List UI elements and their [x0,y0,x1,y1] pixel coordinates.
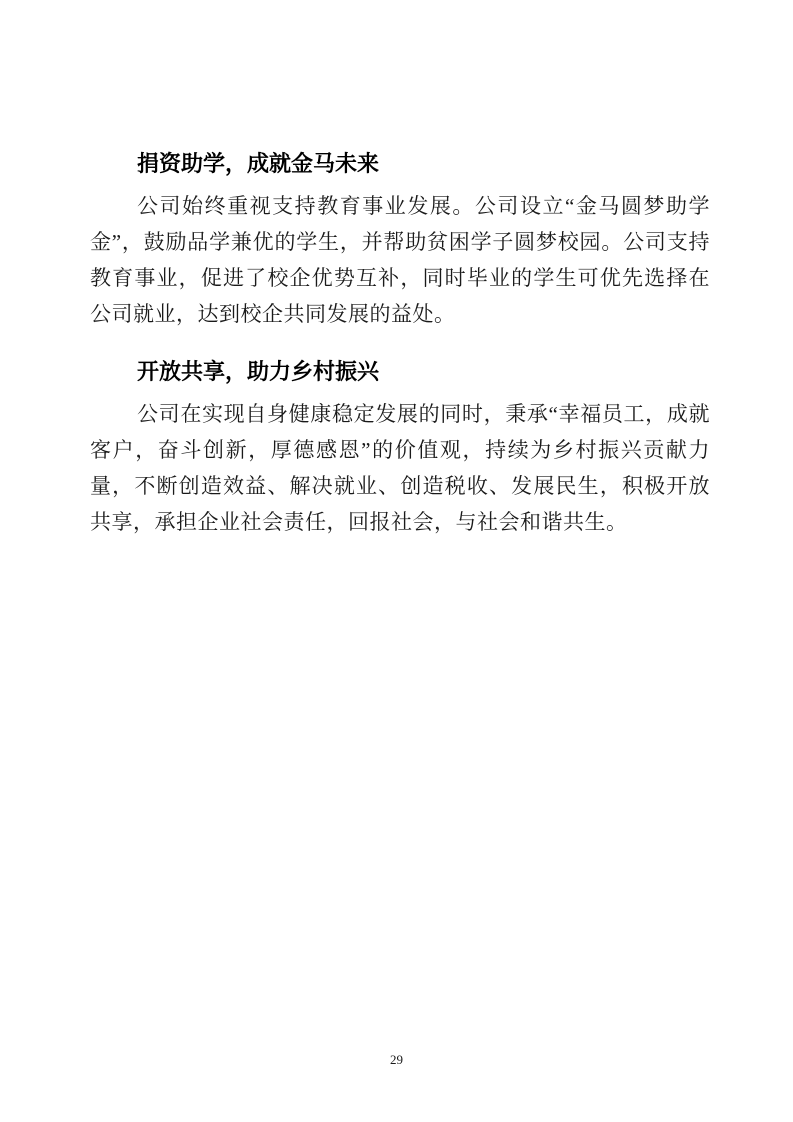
section-rural-revitalization: 开放共享，助力乡村振兴 公司在实现自身健康稳定发展的同时，秉承“幸福员工，成就客… [90,358,710,540]
page-content: 捐资助学，成就金马未来 公司始终重视支持教育事业发展。公司设立“金马圆梦助学金”… [90,150,710,540]
section-paragraph-education: 公司始终重视支持教育事业发展。公司设立“金马圆梦助学金”，鼓励品学兼优的学生，并… [90,188,710,332]
section-heading-rural: 开放共享，助力乡村振兴 [90,358,710,386]
section-heading-education: 捐资助学，成就金马未来 [90,150,710,178]
document-page: 捐资助学，成就金马未来 公司始终重视支持教育事业发展。公司设立“金马圆梦助学金”… [0,0,793,1122]
page-number: 29 [0,1052,793,1068]
section-education-donation: 捐资助学，成就金马未来 公司始终重视支持教育事业发展。公司设立“金马圆梦助学金”… [90,150,710,332]
section-paragraph-rural: 公司在实现自身健康稳定发展的同时，秉承“幸福员工，成就客户，奋斗创新，厚德感恩”… [90,396,710,540]
